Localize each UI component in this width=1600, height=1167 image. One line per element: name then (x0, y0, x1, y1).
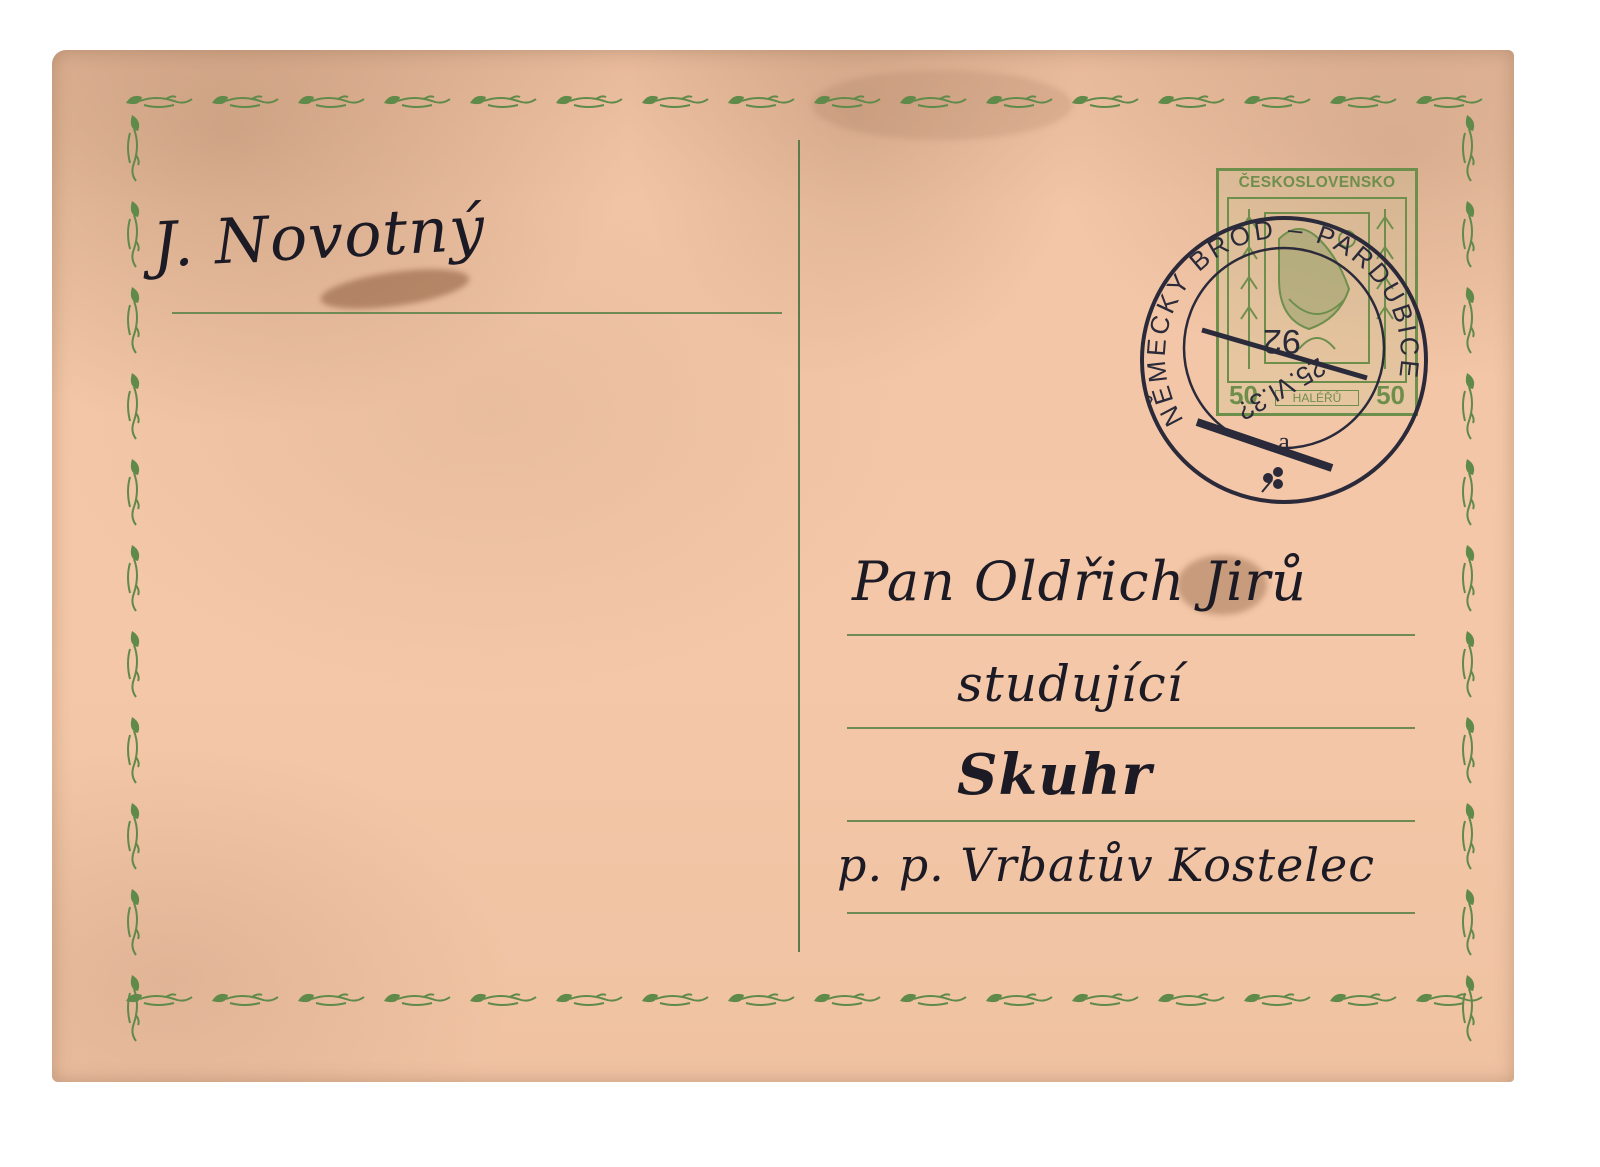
address-line-1: Pan Oldřich Jirů (852, 550, 1307, 613)
address-line-4: p. p. Vrbatův Kostelec (837, 838, 1375, 892)
svg-text:92: 92 (1263, 322, 1301, 360)
sender-rule (172, 312, 782, 314)
postmark-circle: NĚMECKÝ BROD – PARDUBICE 92 25.VI.3? a (1132, 210, 1432, 510)
address-line-2: studující (957, 655, 1184, 713)
address-line-3: Skuhr (957, 742, 1152, 808)
stamp-country: ČESKOSLOVENSKO (1219, 174, 1415, 192)
address-rule-2 (847, 727, 1415, 729)
svg-text:a: a (1278, 427, 1290, 456)
card-divider-line (798, 140, 800, 952)
address-rule-4 (847, 912, 1415, 914)
clover-icon (1262, 467, 1283, 492)
railway-postmark: NĚMECKÝ BROD – PARDUBICE 92 25.VI.3? a (1132, 210, 1432, 510)
postal-card: J. Novotný Pan Oldřich Jirů studující Sk… (52, 50, 1514, 1082)
svg-text:25.VI.3?: 25.VI.3? (1232, 352, 1331, 426)
address-rule-1 (847, 634, 1415, 636)
address-rule-3 (847, 820, 1415, 822)
